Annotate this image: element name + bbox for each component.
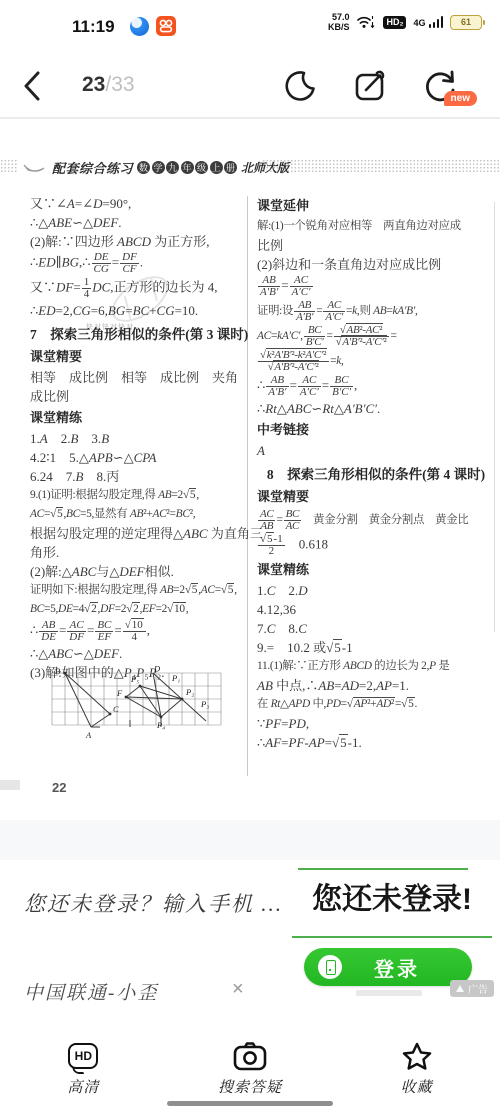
clock: 11:19	[72, 17, 115, 37]
edge-watermark	[0, 780, 20, 790]
book-line: AC=kA′C′,BCB′C′=√AB²-AC²√A′B′²-A′C′²=	[257, 324, 495, 349]
page-indicator[interactable]: 23/33	[82, 73, 135, 97]
svg-text:F: F	[116, 688, 123, 698]
camera-icon	[233, 1041, 267, 1071]
nav-bar: 23/33 new	[0, 55, 500, 117]
book-line: (2)解:△ABC与△DEF相似.	[30, 562, 246, 581]
svg-text:B: B	[55, 666, 60, 676]
answer-columns: 快对快对快对 又∵∠A=∠D=90°,∴△ABE∽△DEF.(2)解:∵四边形 …	[0, 192, 500, 788]
book-line: 课堂精练	[257, 560, 495, 579]
phone-screen: 11:19 57.0 KB/S HD₂ 4G	[0, 0, 500, 1111]
notification-app-icon	[156, 16, 176, 36]
book-line: 6.24 7.B 8.丙	[30, 467, 246, 486]
phone-icon	[318, 955, 342, 979]
book-line: ∴ED=2,CG=6,BG=BC+CG=10.	[30, 301, 246, 320]
book-line: 证明如下:根据勾股定理,得 AB=2√5,AC=√5,	[30, 581, 246, 600]
toolbar-item-search[interactable]: 搜索答疑	[167, 1030, 334, 1111]
book-line: 中考链接	[257, 420, 495, 439]
book-line: 相等 成比例 相等 成比例 夹角	[30, 368, 246, 387]
book-line: AB 中点,∴AB=AD=2,AP=1.	[257, 676, 495, 695]
login-prompt-text: 您还未登录？输入手机 ...	[24, 888, 283, 918]
toolbar-item-favorite[interactable]: 收藏	[333, 1030, 500, 1111]
book-line: ∴ABA′B′=ACA′C′=BCB′C′,	[257, 374, 495, 399]
login-button-label: 登录	[342, 953, 452, 982]
book-line: 成比例	[30, 387, 246, 406]
volte-hd-badge: HD₂	[383, 16, 406, 29]
page-total: /33	[105, 73, 134, 96]
book-line: ∴△ABC∽△DEF.	[30, 644, 246, 663]
banner-texture-left	[0, 159, 18, 174]
book-line: ∴△ABE∽△DEF.	[30, 213, 246, 232]
svg-text:P₄: P₄	[156, 720, 165, 730]
book-line: √5-12 0.618	[257, 533, 495, 558]
new-feature-badge: new	[444, 91, 477, 106]
book-line: AC=√5,BC=5,显然有 AB²+AC²=BC²,	[30, 505, 246, 524]
book-subject-badge: 数学九年级上册	[137, 161, 237, 174]
grid-triangles-figure: B A C F D P₅ P₁ P₂ P₃ P₄	[34, 665, 244, 757]
book-line: 4.12,36	[257, 600, 495, 619]
book-line: 课堂延伸	[257, 196, 495, 215]
wifi-icon	[356, 14, 376, 30]
status-indicators: 57.0 KB/S HD₂ 4G 61	[328, 12, 482, 32]
book-line: ∴AF=PF-AP=√5-1.	[257, 733, 495, 752]
svg-text:P₁: P₁	[171, 673, 180, 683]
book-series-title: 配套综合练习	[52, 158, 133, 177]
book-line: ∵PF=PD,	[257, 714, 495, 733]
divider	[0, 117, 500, 119]
book-publisher: 北师大版	[241, 159, 289, 176]
cellular-signal-icon: 4G	[413, 16, 443, 28]
book-line: 根据勾股定理的逆定理得△ABC 为直角三	[30, 524, 246, 543]
ad-headline: 您还未登录!	[292, 874, 492, 918]
carrier-text: 中国联通-小歪	[24, 978, 158, 1005]
ad-logo-icon	[456, 985, 464, 992]
book-line: 11.(1)解:∵正方形 ABCD 的边长为 2,P 是	[257, 657, 495, 676]
book-line: ACAB=BCAC 黄金分割 黄金分割点 黄金比	[257, 508, 495, 533]
book-line: 又∵∠A=∠D=90°,	[30, 194, 246, 213]
toolbar-item-hd[interactable]: HD 高清	[0, 1030, 167, 1111]
book-line: A	[257, 441, 495, 460]
status-bar: 11:19 57.0 KB/S HD₂ 4G	[0, 0, 500, 55]
book-line: 1.A 2.B 3.B	[30, 429, 246, 448]
book-line: (2)解:∵四边形 ABCD 为正方形,	[30, 232, 246, 251]
page-number: 22	[52, 780, 66, 795]
ad-label-badge: 广告	[450, 980, 494, 997]
star-icon	[401, 1041, 433, 1072]
book-line: 9.= 10.2 或√5-1	[257, 638, 495, 657]
book-line: ∴ED∥BG,∴DECG=DFCF.	[30, 251, 246, 276]
book-line: ∴Rt△ABC∽Rt△A′B′C′.	[257, 399, 495, 418]
svg-text:P₂: P₂	[185, 687, 194, 697]
section-separator	[0, 820, 500, 860]
book-line: 解:(1)一个锐角对应相等 两直角边对应成	[257, 217, 495, 236]
book-header-banner: 配套综合练习 数学九年级上册 北师大版	[0, 154, 500, 180]
network-speed: 57.0 KB/S	[328, 12, 350, 32]
banner-texture-right	[262, 159, 500, 174]
right-column: 课堂延伸解:(1)一个锐角对应相等 两直角边对应成比例(2)斜边和一条直角边对应…	[257, 194, 495, 752]
book-line: 4.2∶1 5.△APB∽△CPA	[30, 448, 246, 467]
edit-icon[interactable]	[352, 68, 388, 104]
login-ad-section[interactable]: 您还未登录？输入手机 ... 您还未登录! 登录 中国联通-小歪 × 广告	[0, 860, 500, 1030]
faint-caption	[356, 990, 422, 996]
hd-icon: HD	[68, 1043, 98, 1069]
book-page-viewport[interactable]: 配套综合练习 数学九年级上册 北师大版 快对快对快对 又∵∠A=∠D=90°,∴…	[0, 130, 500, 818]
book-line: 课堂精要	[30, 347, 246, 366]
svg-text:D: D	[153, 665, 161, 674]
book-line: 1.C 2.D	[257, 581, 495, 600]
green-rule-bottom	[292, 936, 492, 938]
banner-swoosh-icon	[22, 159, 48, 175]
browser-app-icon	[130, 17, 149, 36]
book-line: 课堂精练	[30, 408, 246, 427]
green-rule-top	[298, 868, 468, 870]
column-divider	[247, 196, 248, 776]
left-column: 又∵∠A=∠D=90°,∴△ABE∽△DEF.(2)解:∵四边形 ABCD 为正…	[30, 194, 246, 682]
book-line: ABA′B′=ACA′C′	[257, 274, 495, 299]
book-line: 又∵DF=14DC,正方形的边长为 4,	[30, 276, 246, 301]
close-ad-icon[interactable]: ×	[232, 978, 244, 1001]
book-line: 7.C 8.C	[257, 619, 495, 638]
svg-text:P₃: P₃	[200, 699, 209, 709]
book-line: 9.(1)证明:根据勾股定理,得 AB=2√5,	[30, 486, 246, 505]
night-mode-icon[interactable]	[282, 68, 318, 104]
page-current: 23	[82, 73, 105, 96]
book-line: 7 探索三角形相似的条件(第 3 课时)	[30, 325, 246, 344]
book-line: 在 Rt△APD 中,PD=√AP²+AD²=√5.	[257, 695, 495, 714]
back-icon[interactable]	[18, 69, 48, 103]
book-line: 课堂精要	[257, 487, 495, 506]
book-line: ∴ABDE=ACDF=BCEF=√104,	[30, 619, 246, 644]
svg-text:C: C	[113, 704, 119, 714]
bottom-toolbar: HD 高清 搜索答疑 收藏	[0, 1030, 500, 1111]
login-button[interactable]: 登录	[304, 948, 472, 986]
svg-text:P₅: P₅	[130, 674, 139, 684]
book-line: 角形.	[30, 543, 246, 562]
battery-icon: 61	[450, 15, 482, 30]
svg-text:A: A	[85, 730, 92, 740]
book-line: 证明:设ABA′B′=ACA′C′=k,则 AB=kA′B′,	[257, 299, 495, 324]
home-indicator[interactable]	[167, 1101, 333, 1106]
book-line: 8 探索三角形相似的条件(第 4 课时)	[257, 465, 495, 484]
book-line: BC=5,DE=4√2,DF=2√2,EF=2√10,	[30, 600, 246, 619]
book-line: (2)斜边和一条直角边对应成比例	[257, 255, 495, 274]
book-line: 比例	[257, 236, 495, 255]
book-line: √k²A′B′²-k²A′C′²√A′B′²-A′C′²=k,	[257, 349, 495, 374]
